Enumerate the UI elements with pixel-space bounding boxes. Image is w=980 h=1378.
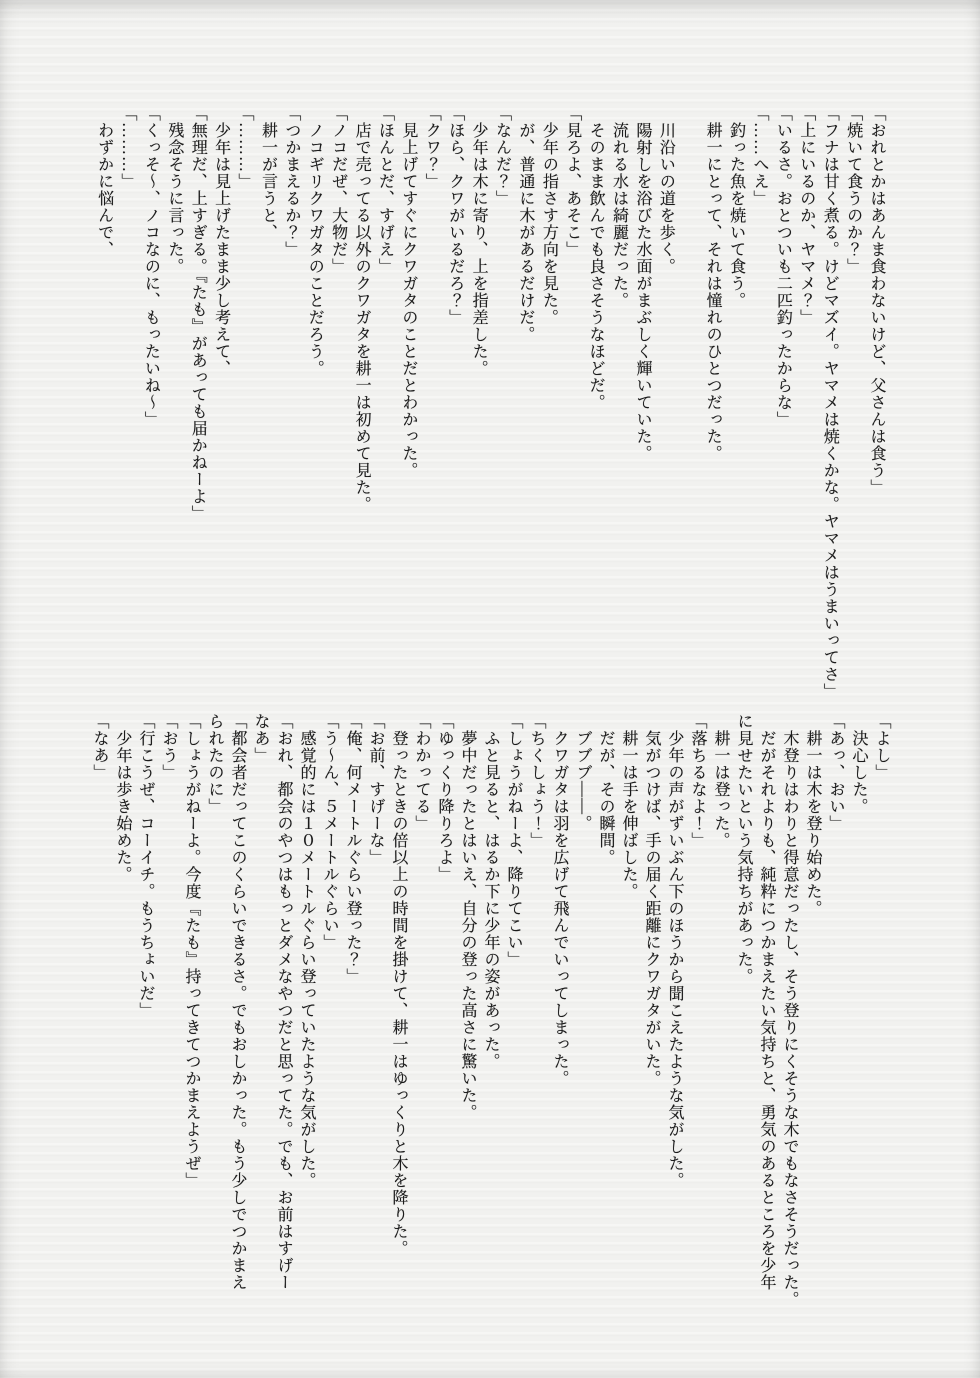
text-line: 「無理だ、上すぎる。『たも』があっても届かねーよ」 xyxy=(186,105,209,705)
text-line: 耕一が言うと、 xyxy=(256,105,279,705)
text-line: 「ほら、クワがいるだろ？」 xyxy=(443,105,466,705)
text-line: 「クワ？」 xyxy=(420,105,443,705)
text-line: 陽射しを浴びた水面がまぶしく輝いていた。 xyxy=(631,105,654,705)
text-line: わずかに悩んで、 xyxy=(92,105,115,705)
text-line: クワガタは羽を広げて飛んでいってしまった。 xyxy=(548,713,571,1341)
text-line: に見せたいという気持ちがあった。 xyxy=(732,713,755,1341)
text-line: 「ノコだぜ、大物だ」 xyxy=(326,105,349,705)
text-line: 夢中だったとはいえ、自分の登った高さに驚いた。 xyxy=(456,713,479,1341)
text-line: 感覚的には１０メートルぐらい登っていたような気がした。 xyxy=(295,713,318,1341)
text-line: 木登りはわりと得意だったし、そう登りにくそうな木でもなさそうだった。 xyxy=(778,713,801,1341)
text-line: 「俺、何メートルぐらい登った？」 xyxy=(341,713,364,1341)
text-line: られたのに」 xyxy=(203,713,226,1341)
scanned-page: 「おれとかはあんま食わないけど、父さんは食う」「焼いて食うのか？」「フナは甘く煮… xyxy=(0,0,980,1378)
text-line: 耕一にとって、それは憧れのひとつだった。 xyxy=(701,105,724,705)
text-line: 「焼いて食うのか？」 xyxy=(841,105,864,705)
text-line: 「……へえ」 xyxy=(748,105,771,705)
text-line: 耕一は登った。 xyxy=(709,713,732,1341)
text-line: 「おれとかはあんま食わないけど、父さんは食う」 xyxy=(865,105,888,705)
text-line: 「なあ」 xyxy=(88,713,111,1341)
text-line: ブブブ――。 xyxy=(571,713,594,1341)
text-line: 「ほんとだ、すげえ」 xyxy=(373,105,396,705)
lower-text-block: 「よし」決心した。「あっ、おい」耕一は木を登り始めた。木登りはわりと得意だったし… xyxy=(88,713,893,1341)
text-line: 「おれ、都会のやつはもっとダメなやつだと思ってた。でも、お前はすげー xyxy=(272,713,295,1341)
text-line: ふと見ると、はるか下に少年の姿があった。 xyxy=(479,713,502,1341)
text-line: 「………」 xyxy=(116,105,139,705)
text-line: 少年は歩き始めた。 xyxy=(111,713,134,1341)
text-line: 少年は木に寄り、上を指差した。 xyxy=(467,105,490,705)
text-line: 「ちくしょう！」 xyxy=(525,713,548,1341)
text-line: 「上にいるのか、ヤマメ？」 xyxy=(794,105,817,705)
text-line: 流れる水は綺麗だった。 xyxy=(607,105,630,705)
text-line: 「しょうがねーよ。今度『たも』持ってきてつかまえようぜ」 xyxy=(180,713,203,1341)
text-line: 少年の指さす方向を見た。 xyxy=(537,105,560,705)
text-line: 「見ろよ、あそこ」 xyxy=(560,105,583,705)
text-line: 「落ちるなよ！」 xyxy=(686,713,709,1341)
text-line: 決心した。 xyxy=(847,713,870,1341)
text-line: 「おう」 xyxy=(157,713,180,1341)
text-line: 「う〜ん、５メートルぐらい」 xyxy=(318,713,341,1341)
text-line: が、普通に木があるだけだ。 xyxy=(514,105,537,705)
text-line: だが、その瞬間。 xyxy=(594,713,617,1341)
text-line: 川沿いの道を歩く。 xyxy=(654,105,677,705)
text-line: 「いるさ。おとついも二匹釣ったからな」 xyxy=(771,105,794,705)
text-line: 気がつけば、手の届く距離にクワガタがいた。 xyxy=(640,713,663,1341)
text-line: 「………」 xyxy=(233,105,256,705)
text-line: 「しょうがねーよ、降りてこい」 xyxy=(502,713,525,1341)
upper-text-block: 「おれとかはあんま食わないけど、父さんは食う」「焼いて食うのか？」「フナは甘く煮… xyxy=(92,105,888,705)
text-line: 「あっ、おい」 xyxy=(824,713,847,1341)
text-line: 「ゆっくり降りろよ」 xyxy=(433,713,456,1341)
text-line: 釣った魚を焼いて食う。 xyxy=(724,105,747,705)
text-line: 見上げてすぐにクワガタのことだとわかった。 xyxy=(396,105,419,705)
text-line: 「お前、すげーな」 xyxy=(364,713,387,1341)
text-line: 「わかってる」 xyxy=(410,713,433,1341)
text-line: 耕一は木を登り始めた。 xyxy=(801,713,824,1341)
text-line: 「都会者だってこのくらいできるさ。でもおしかった。もう少しでつかまえ xyxy=(226,713,249,1341)
text-line: 「なんだ？」 xyxy=(490,105,513,705)
text-line: ノコギリクワガタのことだろう。 xyxy=(303,105,326,705)
text-line: だがそれよりも、純粋につかまえたい気持ちと、勇気のあるところを少年 xyxy=(755,713,778,1341)
text-line: 「くっそ〜、ノコなのに、もったいね〜」 xyxy=(139,105,162,705)
text-line: 「よし」 xyxy=(870,713,893,1341)
text-line: 「フナは甘く煮る。けどマズイ。ヤマメは焼くかな。ヤマメはうまいってさ」 xyxy=(818,105,841,705)
text-line: 登ったときの倍以上の時間を掛けて、耕一はゆっくりと木を降りた。 xyxy=(387,713,410,1341)
text-line: 残念そうに言った。 xyxy=(162,105,185,705)
text-line: 少年は見上げたまま少し考えて、 xyxy=(209,105,232,705)
text-line: なあ」 xyxy=(249,713,272,1341)
text-line xyxy=(677,105,700,705)
text-line: 「つかまえるか？」 xyxy=(279,105,302,705)
text-line: 店で売ってる以外のクワガタを耕一は初めて見た。 xyxy=(350,105,373,705)
text-line: 「行こうぜ、コーイチ。もうちょいだ」 xyxy=(134,713,157,1341)
text-line: 少年の声がずいぶん下のほうから聞こえたような気がした。 xyxy=(663,713,686,1341)
text-line: 耕一は手を伸ばした。 xyxy=(617,713,640,1341)
text-line: そのまま飲んでも良さそうなほどだ。 xyxy=(584,105,607,705)
